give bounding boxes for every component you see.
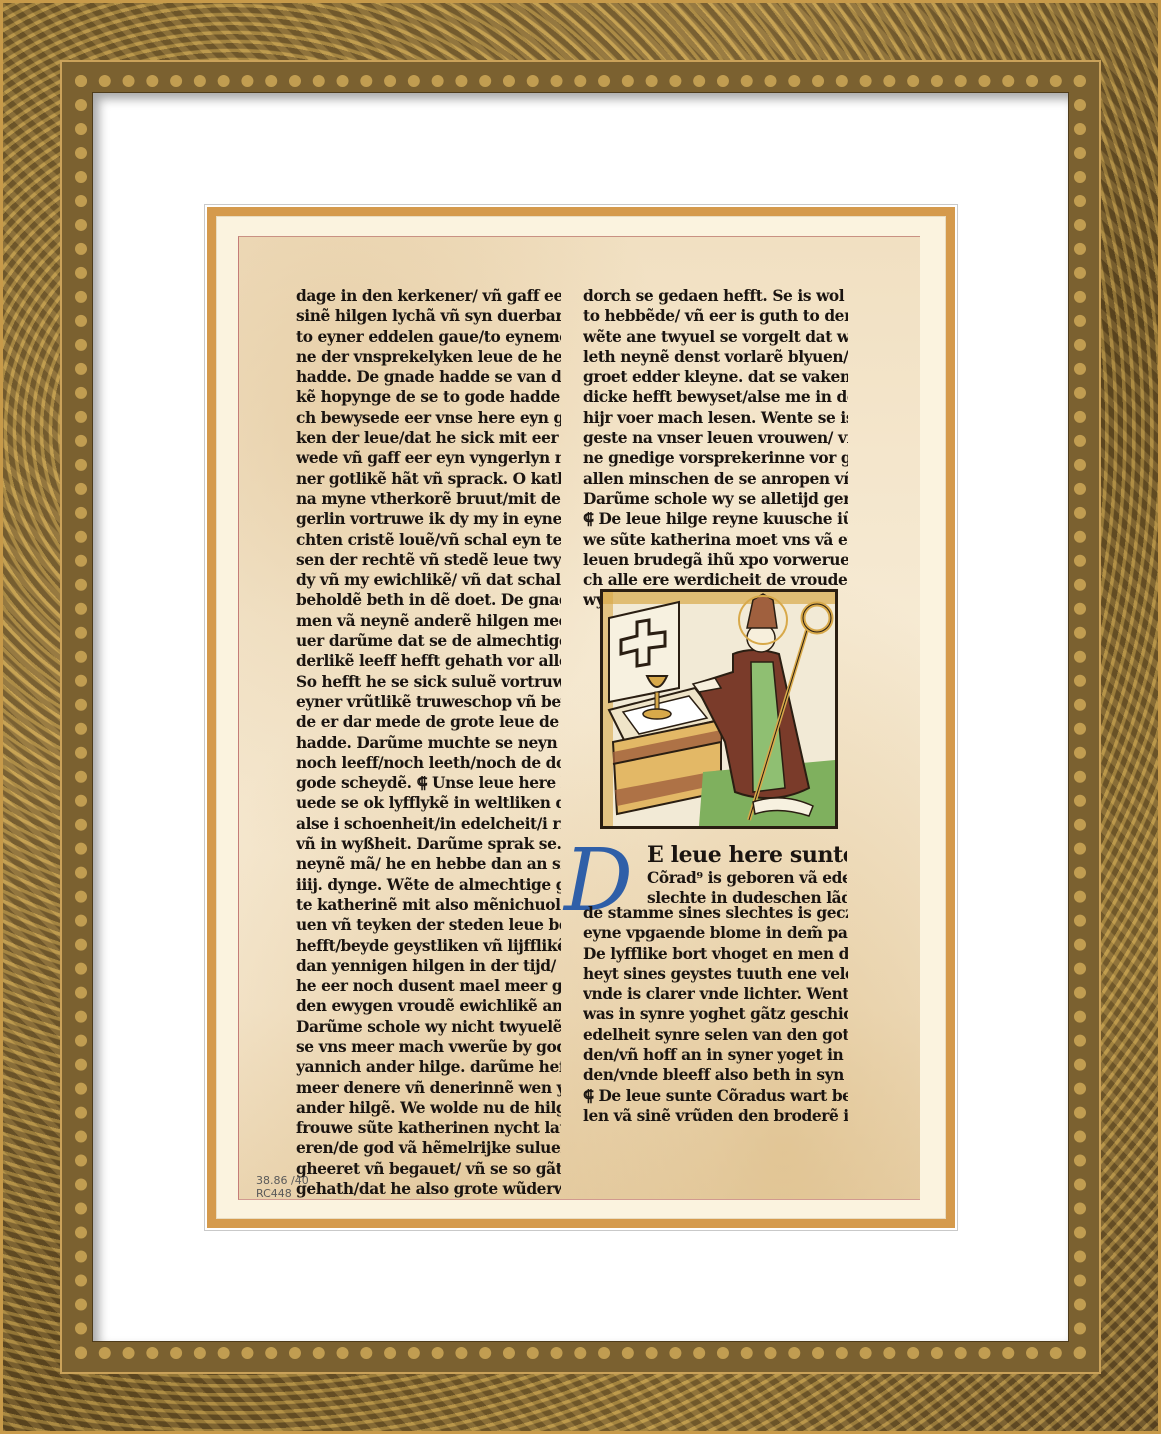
text-line: hijr voer mach lesen. Wente se is de ne	[583, 408, 848, 428]
text-line: dicke hefft bewyset/alse me in den teykẽ	[583, 387, 848, 407]
text-line: den/vñ hoff an in syner yoget in doge	[583, 1045, 848, 1065]
text-line: ⸿ De leue hilge reyne kuusche iũcfrou	[583, 509, 848, 529]
text-line: eyner vrũtlikẽ truweschop vñ bewyse	[296, 692, 561, 712]
text-line: dorch se gedaen hefft. Se is wol leeff	[583, 286, 848, 306]
text-line: De lyfflike bort vhoget en men de edel	[583, 944, 848, 964]
text-line: gehath/dat he also grote wũderwerke	[296, 1179, 561, 1199]
text-line: se vns meer mach vwerũe by gode dã	[296, 1037, 561, 1057]
text-line: noch leeff/noch leeth/noch de doet van	[296, 753, 561, 773]
text-line: de stamme sines slechtes is geczijrt als…	[583, 903, 848, 923]
text-line: alse i schoenheit/in edelcheit/i rikedom	[296, 814, 561, 834]
text-line: ander hilgẽ. We wolde nu de hilge iũc	[296, 1098, 561, 1118]
text-line: groet edder kleyne. dat se vakene vnde	[583, 367, 848, 387]
text-line: len vã sinẽ vrũden den broderẽ in der	[583, 1106, 848, 1126]
text-line: ne gnedige vorsprekerinne vor gode/	[583, 448, 848, 468]
text-line: gerlin vortruwe ik dy my in eyneme re	[296, 509, 561, 529]
text-line: Cõrad⁹ is geboren vã edelem	[647, 868, 847, 888]
text-line: sinẽ hilgen lychã vñ syn duerbar bloet	[296, 306, 561, 326]
text-line: frouwe sũte katherinen nycht lauen vñ	[296, 1118, 561, 1138]
text-line: kẽ hopynge de se to gode hadde. ⸿ No	[296, 387, 561, 407]
text-line: geste na vnser leuen vrouwen/ vñ is ey	[583, 428, 848, 448]
text-line: gode scheydẽ. ⸿ Unse leue here begha	[296, 773, 561, 793]
text-line: to eyner eddelen gaue/to eyneme teyke	[296, 327, 561, 347]
text-line: den/vnde bleeff also beth in syn ende.	[583, 1065, 848, 1085]
text-line: te katherinẽ mit also mẽnichuoldigẽ ga	[296, 895, 561, 915]
text-line: hadde. Darũme muchte se neyn dinck	[296, 733, 561, 753]
text-line: edelheit synre selen van den gotlikẽ gna	[583, 1025, 848, 1045]
text-line: eren/de god vã hẽmelrijke suluen hefft	[296, 1138, 561, 1158]
text-line: uer darũme dat se de almechtige god sũ	[296, 631, 561, 651]
text-line: sen der rechtẽ vñ stedẽ leue twyschen	[296, 550, 561, 570]
text-line: gheeret vñ begauet/ vñ se so gãtz leeff	[296, 1159, 561, 1179]
right-text-incipit: E leue here sunteCõrad⁹ is geboren vã ed…	[647, 842, 847, 909]
text-line: iiij. dynge. Wẽte de almechtige god sun	[296, 875, 561, 895]
text-line: was in synre yoghet gãtz geschicket to	[583, 1004, 848, 1024]
right-text-column-bottom: de stamme sines slechtes is geczijrt als…	[583, 903, 848, 1126]
text-line: hadde. De gnade hadde se van dẽ star	[296, 367, 561, 387]
text-line: leth neynẽ denst vorlarẽ blyuen/ he sy	[583, 347, 848, 367]
text-line: vñ in wyßheit. Darũme sprak se. ik wil	[296, 834, 561, 854]
left-text-column: dage in den kerkener/ vñ gaff eer suluẽs…	[296, 286, 561, 1199]
text-line: yannich ander hilge. darũme hefft se ok	[296, 1057, 561, 1077]
text-line: Darũme schole wy se alletijd gerne erẽ	[583, 489, 848, 509]
text-line: leuen brudegã ihũ xpo vorweruen dor	[583, 550, 848, 570]
woodcut-illustration-icon	[603, 592, 835, 826]
text-line: E leue here sunte	[647, 842, 847, 868]
text-line: dage in den kerkener/ vñ gaff eer suluẽ	[296, 286, 561, 306]
text-line: uen vñ teyken der steden leue beghauet	[296, 915, 561, 935]
text-line: wẽte ane twyuel se vorgelt dat wol vñ	[583, 327, 848, 347]
catalog-number: 38.86 /40	[256, 1174, 309, 1187]
text-line: beholdẽ beth in dẽ doet. De gnade lest	[296, 590, 561, 610]
text-line: allen minschen de se anropen vñ eeren.	[583, 469, 848, 489]
text-line: uede se ok lyfflykẽ in weltliken dingen/	[296, 793, 561, 813]
text-line: den ewygen vroudẽ ewichlikẽ ane ende	[296, 996, 561, 1016]
text-line: to hebbẽde/ vñ eer is guth to denende.	[583, 306, 848, 326]
right-text-column-top: dorch se gedaen hefft. Se is wol leeffto…	[583, 286, 848, 631]
text-line: eyne vpgaende blome in dem̃ paradyse	[583, 923, 848, 943]
text-line: de er dar mede de grote leue de he to er	[296, 712, 561, 732]
text-line: Darũme schole wy nicht twyuelẽ/ dat	[296, 1017, 561, 1037]
text-line: dan yennigen hilgen in der tijd/ so deyt	[296, 956, 561, 976]
text-line: dy vñ my ewichlikẽ/ vñ dat schalt du	[296, 570, 561, 590]
text-line: chten cristẽ louẽ/vñ schal eyn teykẽ we	[296, 530, 561, 550]
text-line: wede vñ gaff eer eyn vyngerlyn mit si	[296, 448, 561, 468]
text-line: he eer noch dusent mael meer gnadẽ in	[296, 976, 561, 996]
text-line: ⸿ De leue sunte Cõradus wart beuo	[583, 1086, 848, 1106]
text-line: neynẽ mã/ he en hebbe dan an sick de	[296, 854, 561, 874]
text-line: ch bewysede eer vnse here eyn grot tei	[296, 408, 561, 428]
text-line: na myne vtherkorẽ bruut/mit dem vin	[296, 489, 561, 509]
woodcut-saint-conrad	[600, 589, 838, 829]
text-line: ch alle ere werdicheit de vroude des e-	[583, 570, 848, 590]
text-line: men vã neynẽ anderẽ hilgen meer. A-	[296, 611, 561, 631]
text-line: vnde is clarer vnde lichter. Wente he	[583, 984, 848, 1004]
text-line: we sũte katherina moet vns vã ereme	[583, 530, 848, 550]
text-line: ken der leue/dat he sick mit eer vortru-	[296, 428, 561, 448]
catalog-note: 38.86 /40 RC448	[256, 1174, 309, 1200]
text-line: hefft/beyde geystliken vñ lijfflikẽ/meer	[296, 936, 561, 956]
text-line: derlikẽ leeff hefft gehath vor allẽ hilg…	[296, 651, 561, 671]
text-line: heyt sines geystes tuuth ene vele hoger	[583, 964, 848, 984]
text-line: meer denere vñ denerinnẽ wen yẽnyge	[296, 1078, 561, 1098]
catalog-reference: RC448	[256, 1187, 309, 1200]
text-line: So hefft he se sick suluẽ vortruwet mit	[296, 672, 561, 692]
text-line: ne der vnsprekelyken leue de he to eer	[296, 347, 561, 367]
text-line: ner gotlikẽ hãt vñ sprack. O katheryn-	[296, 469, 561, 489]
